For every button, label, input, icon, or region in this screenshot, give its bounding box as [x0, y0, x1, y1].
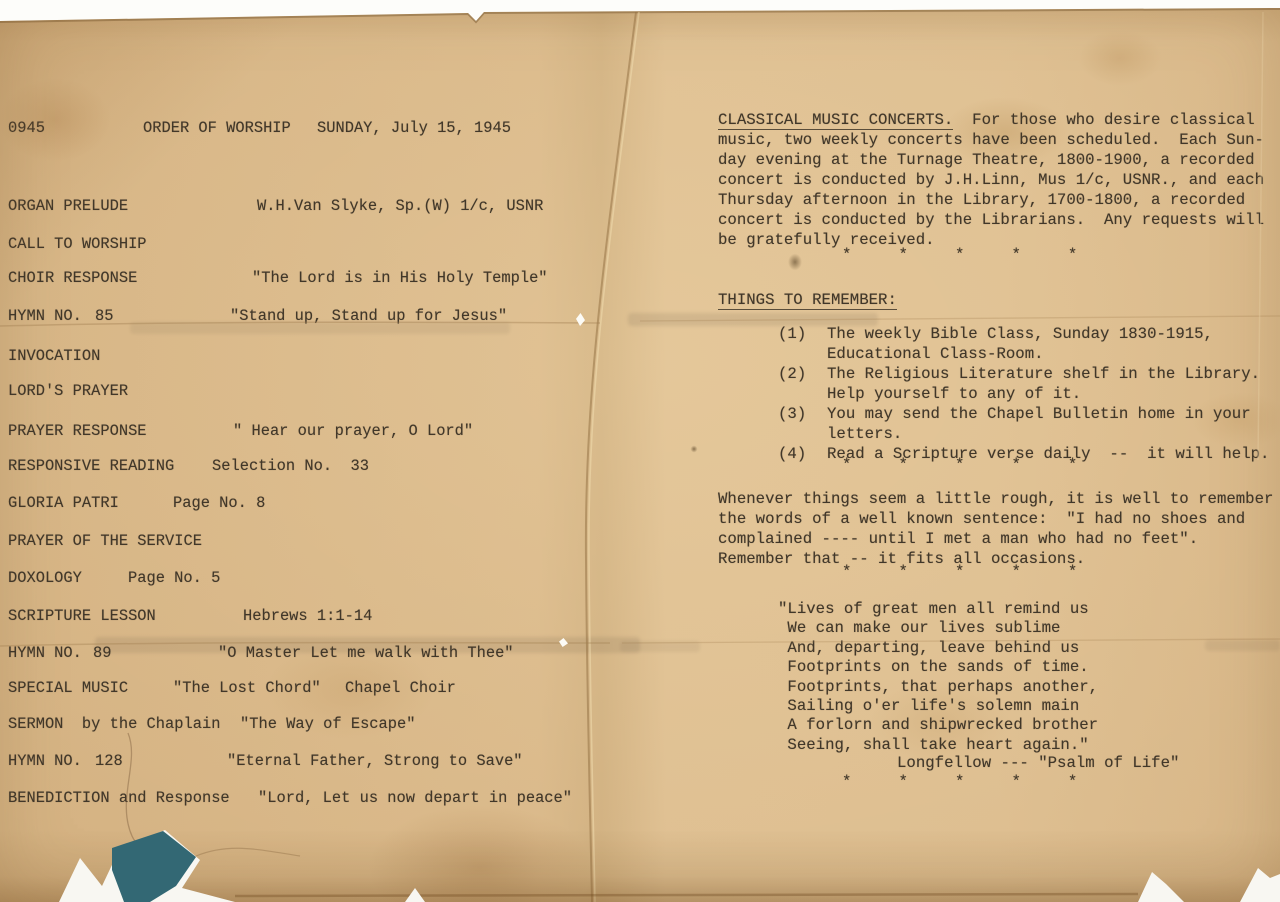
service-item-value: "O Master Let me walk with Thee" [218, 644, 514, 662]
service-item-label: PRAYER OF THE SERVICE [8, 532, 202, 550]
things-heading-row: THINGS TO REMEMBER: [718, 290, 897, 310]
things-heading: THINGS TO REMEMBER: [718, 291, 897, 310]
scanned-bulletin: 0945 ORDER OF WORSHIP SUNDAY, July 15, 1… [0, 0, 1280, 902]
paper-sheet: 0945 ORDER OF WORSHIP SUNDAY, July 15, 1… [0, 0, 1280, 902]
service-item-value: Page No. 5 [128, 569, 220, 587]
service-item-row: PRAYER OF THE SERVICE [0, 532, 640, 554]
list-item-text: The Religious Literature shelf in the Li… [827, 364, 1260, 404]
service-item-row: LORD'S PRAYER [0, 382, 640, 404]
service-item-value: Selection No. 33 [212, 457, 369, 475]
ghost-text-smudge [1205, 640, 1280, 651]
service-item-row: SCRIPTURE LESSON Hebrews 1:1-14 [0, 607, 640, 629]
service-item-value: "The Lost Chord" [173, 679, 321, 697]
hymn-number: 89 [93, 644, 111, 662]
service-item-row: CALL TO WORSHIP [0, 235, 640, 257]
service-date: SUNDAY, July 15, 1945 [317, 119, 511, 137]
service-item-label: HYMN NO. [8, 644, 82, 662]
page-title: ORDER OF WORSHIP [143, 119, 291, 137]
service-item-row: HYMN NO. 85 "Stand up, Stand up for Jesu… [0, 307, 640, 329]
list-item-number: (2) [778, 364, 806, 384]
service-item-label: SPECIAL MUSIC [8, 679, 128, 697]
list-item-text: The weekly Bible Class, Sunday 1830-1915… [827, 324, 1213, 364]
asterisk-separator: * * * * * [842, 562, 1077, 582]
service-item-label: CALL TO WORSHIP [8, 235, 147, 253]
service-item-value: "The Lord is in His Holy Temple" [252, 269, 548, 287]
service-item-performer: Chapel Choir [345, 679, 456, 697]
service-item-row: ORGAN PRELUDE W.H.Van Slyke, Sp.(W) 1/c,… [0, 197, 640, 219]
service-item-row: SPECIAL MUSIC "The Lost Chord" Chapel Ch… [0, 679, 640, 701]
hymn-number: 128 [95, 752, 123, 770]
service-item-label: HYMN NO. [8, 307, 82, 325]
service-item-row: HYMN NO. 128 "Eternal Father, Strong to … [0, 752, 640, 774]
service-item-value: " Hear our prayer, O Lord" [233, 422, 473, 440]
reflection-paragraph: Whenever things seem a little rough, it … [718, 489, 1273, 569]
asterisk-separator: * * * * * [842, 245, 1077, 265]
list-item: (4) Read a Scripture verse daily -- it w… [0, 444, 75, 524]
asterisk-separator: * * * * * [842, 772, 1077, 792]
service-item-row: GLORIA PATRI Page No. 8 [0, 494, 640, 516]
concerts-paragraph: CLASSICAL MUSIC CONCERTS. For those who … [718, 110, 1264, 250]
service-item-value: "Eternal Father, Strong to Save" [227, 752, 523, 770]
service-item-label: DOXOLOGY [8, 569, 82, 587]
list-item-number: (3) [778, 404, 806, 424]
service-item-label: HYMN NO. [8, 752, 82, 770]
service-item-row: DOXOLOGY Page No. 5 [0, 569, 640, 591]
list-item-text: You may send the Chapel Bulletin home in… [827, 404, 1251, 444]
service-time: 0945 [8, 119, 45, 137]
hymn-number: 85 [95, 307, 113, 325]
service-item-value: "Stand up, Stand up for Jesus" [230, 307, 507, 325]
poem-attribution: Longfellow --- "Psalm of Life" [897, 753, 1179, 773]
service-item-row: PRAYER RESPONSE " Hear our prayer, O Lor… [0, 422, 640, 444]
service-item-label: SERMON by the Chaplain [8, 715, 220, 733]
concerts-heading: CLASSICAL MUSIC CONCERTS. [718, 111, 953, 130]
service-item-value: "The Way of Escape" [240, 715, 415, 733]
service-item-label: CHOIR RESPONSE [8, 269, 137, 287]
service-item-label: BENEDICTION and Response [8, 789, 230, 807]
service-item-row: CHOIR RESPONSE "The Lord is in His Holy … [0, 269, 640, 291]
service-item-row: BENEDICTION and Response "Lord, Let us n… [0, 789, 640, 811]
service-item-row: RESPONSIVE READING Selection No. 33 [0, 457, 640, 479]
bulletin-header: 0945 ORDER OF WORSHIP SUNDAY, July 15, 1… [0, 119, 640, 141]
concerts-body: For those who desire classical music, tw… [718, 111, 1264, 249]
asterisk-separator: * * * * * [842, 455, 1077, 475]
service-item-label: ORGAN PRELUDE [8, 197, 128, 215]
service-item-label: SCRIPTURE LESSON [8, 607, 156, 625]
list-item-number: (4) [778, 444, 806, 464]
list-item-number: (1) [778, 324, 806, 344]
service-item-value: Hebrews 1:1-14 [243, 607, 372, 625]
service-item-row: INVOCATION [0, 347, 640, 369]
poem-text: "Lives of great men all remind us We can… [778, 600, 1098, 755]
service-item-value: W.H.Van Slyke, Sp.(W) 1/c, USNR [257, 197, 543, 215]
service-item-row: SERMON by the Chaplain "The Way of Escap… [0, 715, 640, 737]
service-item-value: Page No. 8 [173, 494, 265, 512]
service-item-value: "Lord, Let us now depart in peace" [258, 789, 572, 807]
service-item-row: HYMN NO. 89 "O Master Let me walk with T… [0, 644, 640, 666]
